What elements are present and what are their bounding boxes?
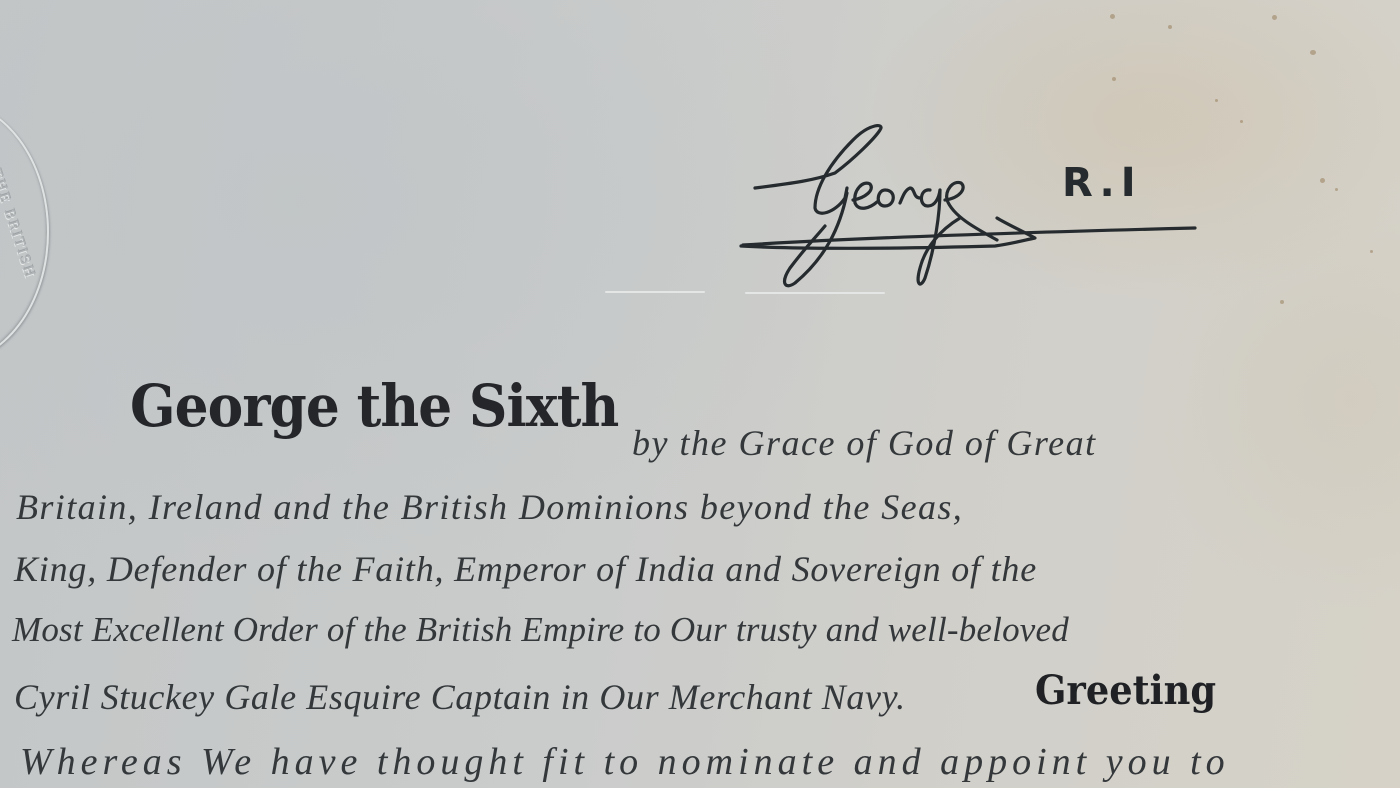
body-line-3: King, Defender of the Faith, Emperor of … bbox=[14, 548, 1037, 590]
stain-speck bbox=[1168, 25, 1172, 29]
royal-cipher: R.I bbox=[1062, 160, 1142, 206]
stain-speck bbox=[1240, 120, 1243, 123]
greeting-word: Greeting bbox=[1035, 667, 1216, 714]
body-line-1: by the Grace of God of Great bbox=[632, 422, 1097, 464]
stain-speck bbox=[1370, 250, 1373, 253]
stain-speck bbox=[1110, 14, 1115, 19]
document-heading: George the Sixth bbox=[130, 372, 618, 440]
stain-speck bbox=[1335, 188, 1338, 191]
certificate-paper: THE BRITISH R.I George the Sixth by t bbox=[0, 0, 1400, 788]
stain-speck bbox=[1280, 300, 1284, 304]
fold-line bbox=[745, 292, 885, 294]
royal-signature bbox=[735, 118, 1215, 298]
body-line-6: Whereas We have thought fit to nominate … bbox=[20, 740, 1230, 784]
fold-line bbox=[605, 291, 705, 293]
body-line-5: Cyril Stuckey Gale Esquire Captain in Ou… bbox=[14, 676, 906, 718]
stain-speck bbox=[1215, 99, 1218, 102]
body-line-2: Britain, Ireland and the British Dominio… bbox=[16, 486, 963, 528]
body-line-4: Most Excellent Order of the British Empi… bbox=[12, 610, 1069, 650]
stain-speck bbox=[1320, 178, 1325, 183]
stain-speck bbox=[1310, 50, 1316, 55]
stain-speck bbox=[1272, 15, 1277, 20]
stain-speck bbox=[1112, 77, 1116, 81]
